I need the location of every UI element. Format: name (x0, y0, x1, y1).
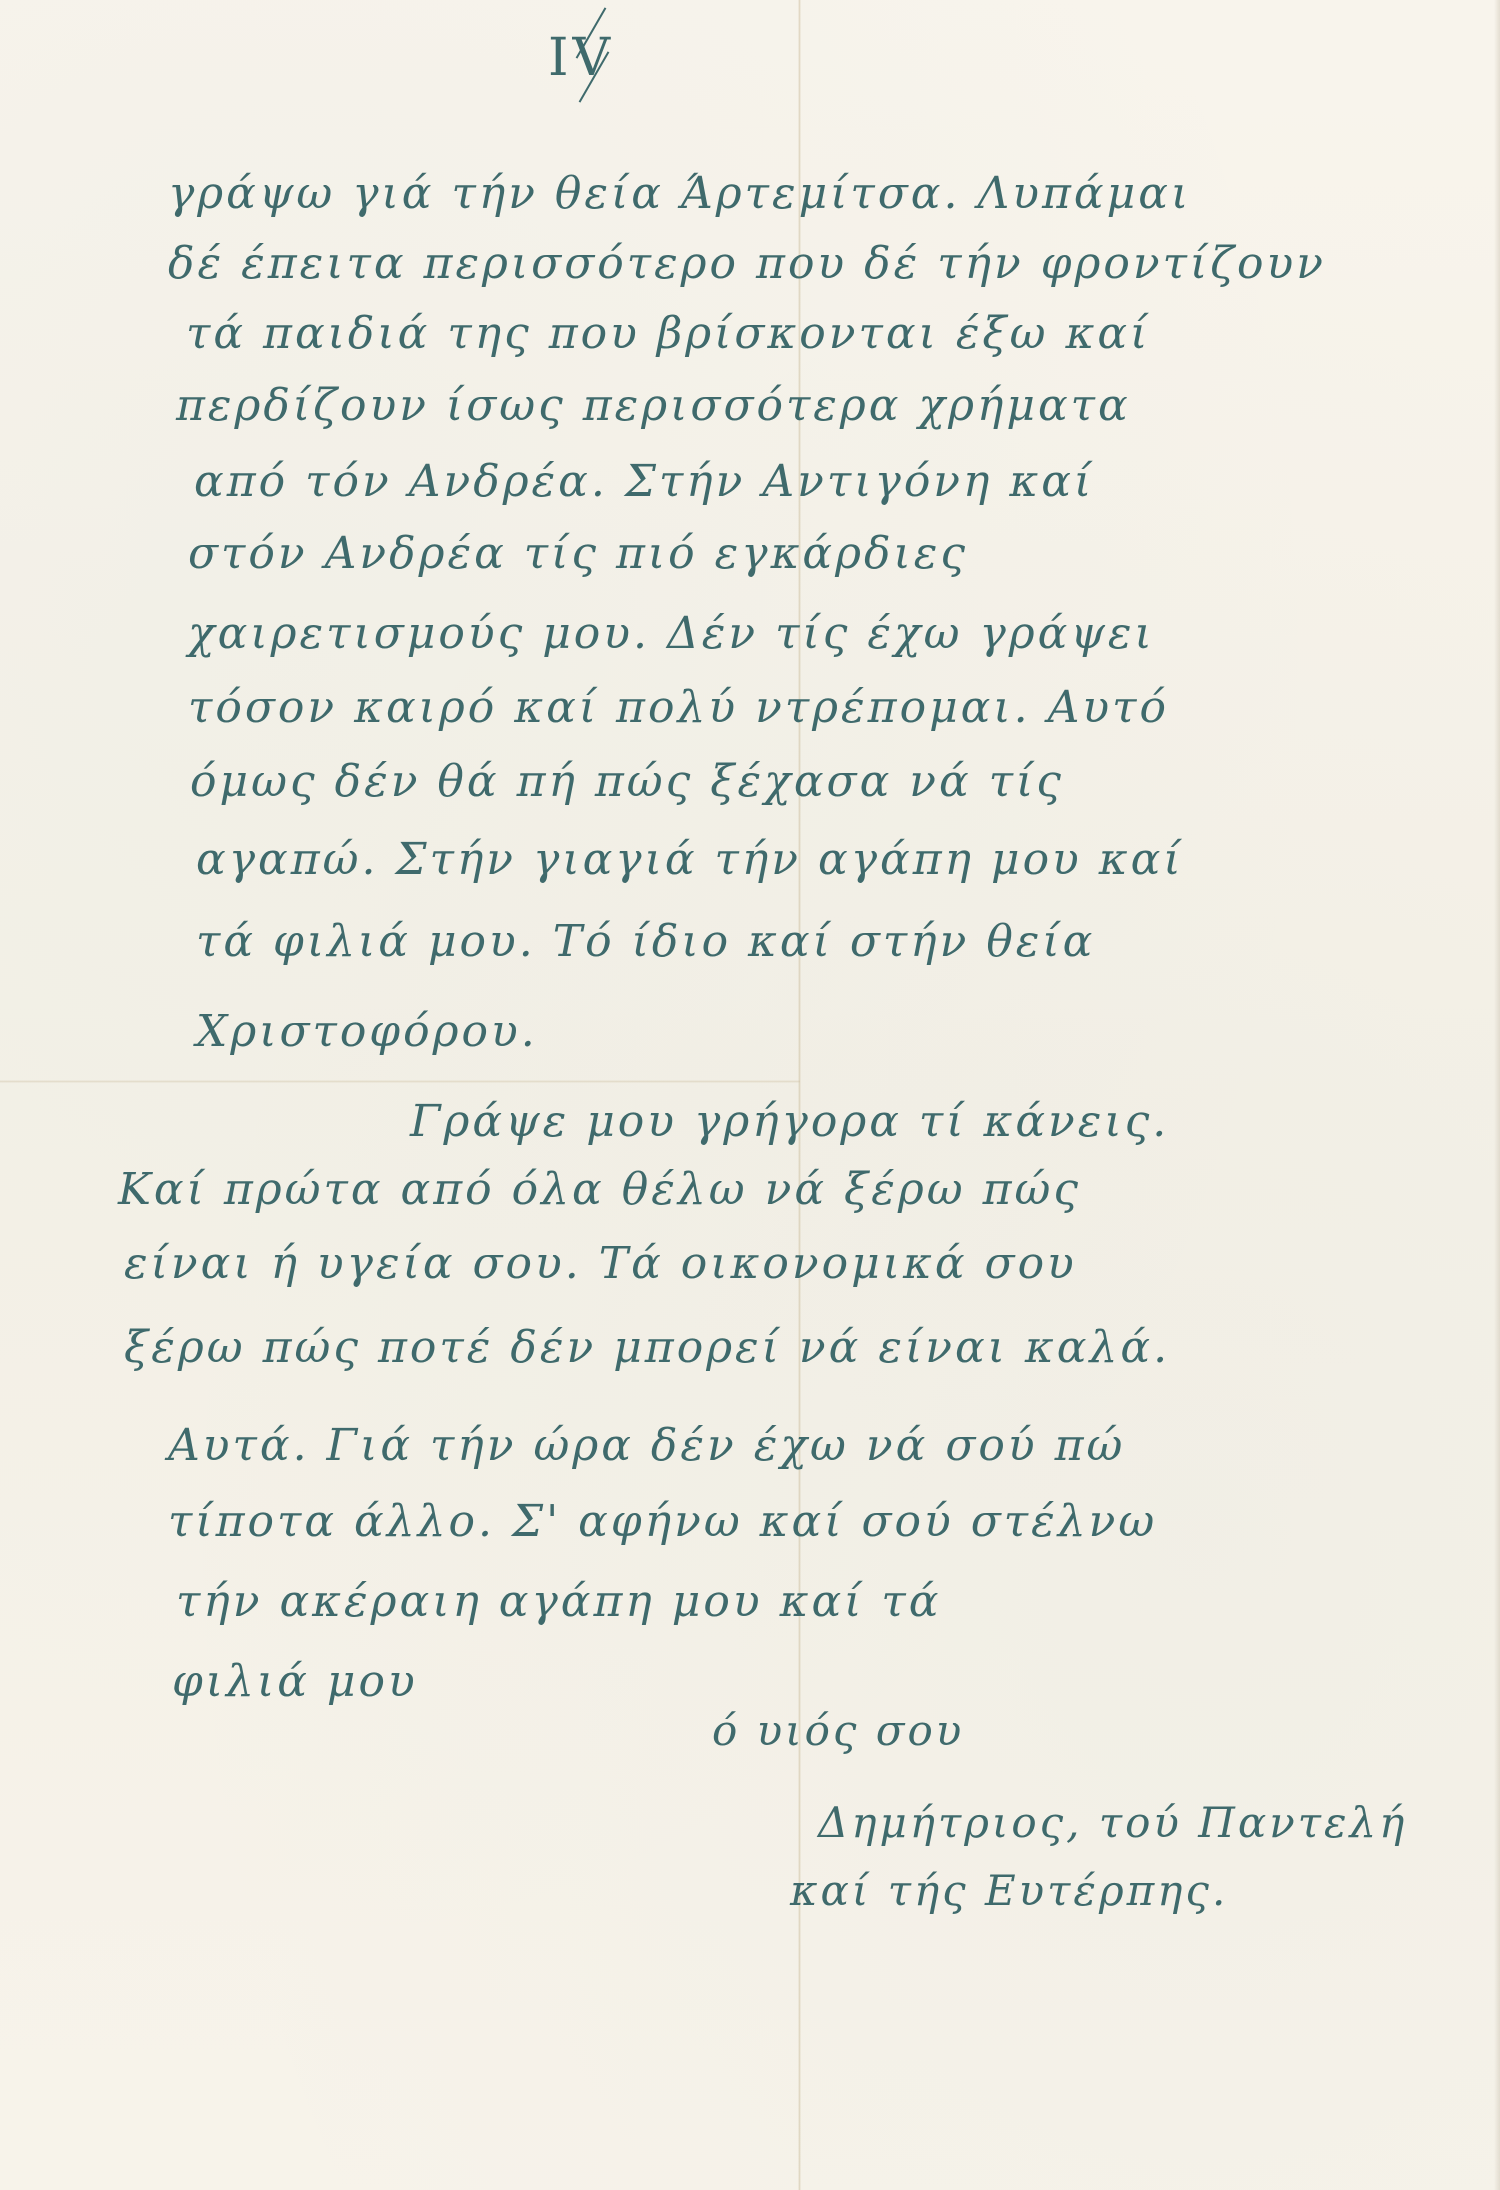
letter-line-19: τήν ακέραιη αγάπη μου καί τά (176, 1580, 941, 1624)
paper-edge-shadow (1494, 0, 1500, 2190)
letter-line-2: δέ έπειτα περισσότερο που δέ τήν φροντίζ… (168, 242, 1326, 286)
letter-line-9: όμως δέν θά πή πώς ξέχασα νά τίς (190, 760, 1064, 804)
letter-line-1: γράψω γιά τήν θεία Άρτεμίτσα. Λυπάμαι (168, 172, 1191, 216)
letter-line-15: είναι ή υγεία σου. Τά οικονομικά σου (124, 1242, 1077, 1286)
letter-line-7: χαιρετισμούς μου. Δέν τίς έχω γράψει (188, 612, 1155, 656)
letter-line-13: Γράψε μου γρήγορα τί κάνεις. (410, 1100, 1169, 1144)
letter-line-12: Χριστοφόρου. (196, 1010, 538, 1054)
letter-line-4: περδίζουν ίσως περισσότερα χρήματα (176, 384, 1131, 428)
letter-line-20: φιλιά μου (172, 1660, 418, 1704)
letter-line-8: τόσον καιρό καί πολύ ντρέπομαι. Αυτό (188, 686, 1169, 730)
letter-line-11: τά φιλιά μου. Τό ίδιο καί στήν θεία (196, 920, 1095, 964)
letter-line-5: από τόν Ανδρέα. Στήν Αντιγόνη καί (194, 460, 1094, 504)
letter-line-16: ξέρω πώς ποτέ δέν μπορεί νά είναι καλά. (124, 1326, 1170, 1370)
letter-line-3: τά παιδιά της που βρίσκονται έξω καί (186, 312, 1150, 356)
letter-line-14: Καί πρώτα από όλα θέλω νά ξέρω πώς (118, 1168, 1081, 1212)
letter-line-18: τίποτα άλλο. Σ' αφήνω καί σού στέλνω (168, 1500, 1157, 1544)
letter-line-10: αγαπώ. Στήν γιαγιά τήν αγάπη μου καί (196, 838, 1184, 882)
letter-line-17: Αυτά. Γιά τήν ώρα δέν έχω νά σού πώ (168, 1424, 1125, 1468)
letter-line-6: στόν Ανδρέα τίς πιό εγκάρδιες (188, 532, 968, 576)
closing-line: ό υιός σου (712, 1710, 964, 1752)
horizontal-fold-crease (0, 1080, 800, 1083)
signature-line-2: καί τής Ευτέρπης. (790, 1870, 1228, 1912)
signature-line-1: Δημήτριος, τού Παντελή (818, 1802, 1407, 1844)
